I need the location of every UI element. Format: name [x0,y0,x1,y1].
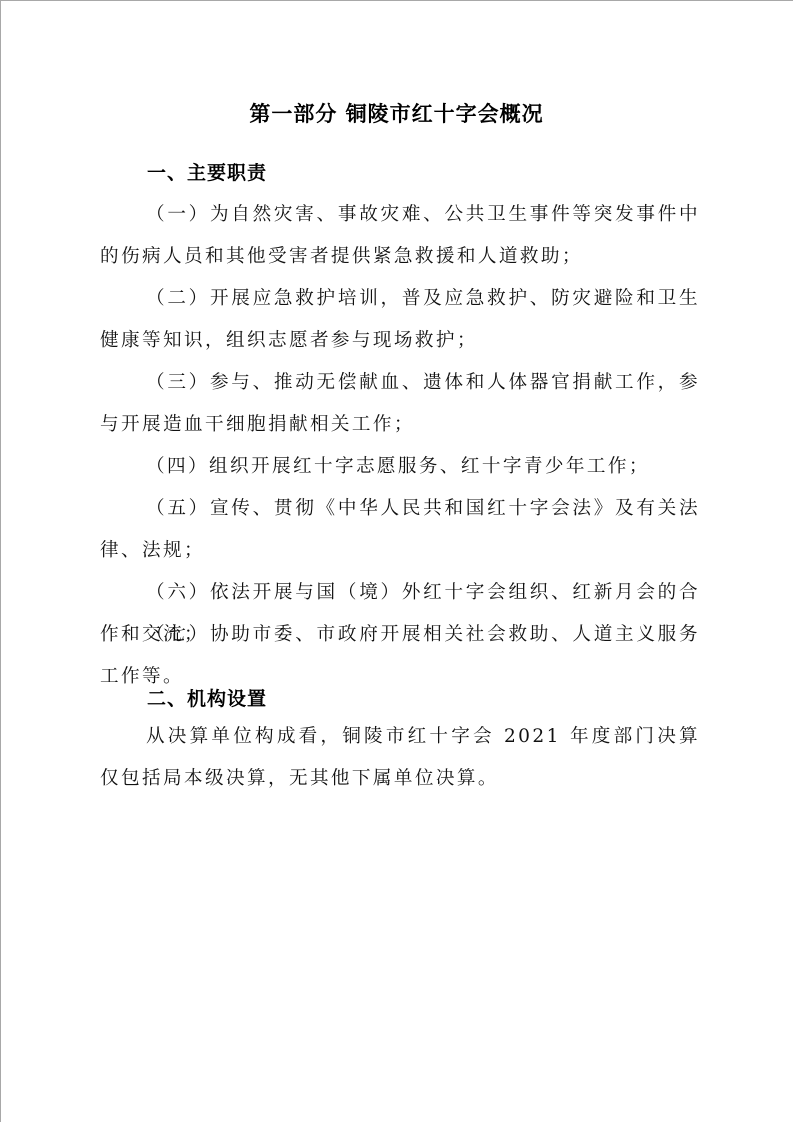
duty-item-2: （二）开展应急救护培训，普及应急救护、防灾避险和卫生健康等知识，组织志愿者参与现… [100,278,700,362]
page-border-top [0,0,793,1]
duty-item-5: （五）宣传、贯彻《中华人民共和国红十字会法》及有关法律、法规； [100,488,700,572]
section-heading-organization: 二、机构设置 [147,684,267,711]
page-title: 第一部分 铜陵市红十字会概况 [0,98,793,128]
page-border-left [0,0,1,1122]
duty-item-3: （三）参与、推动无偿献血、遗体和人体器官捐献工作，参与开展造血干细胞捐献相关工作… [100,362,700,446]
section-heading-duties: 一、主要职责 [147,158,267,185]
duty-item-1: （一）为自然灾害、事故灾难、公共卫生事件等突发事件中的伤病人员和其他受害者提供紧… [100,194,700,278]
organization-paragraph: 从决算单位构成看，铜陵市红十字会 2021 年度部门决算仅包括局本级决算，无其他… [100,716,700,800]
duty-item-4: （四）组织开展红十字志愿服务、红十字青少年工作； [100,446,700,488]
